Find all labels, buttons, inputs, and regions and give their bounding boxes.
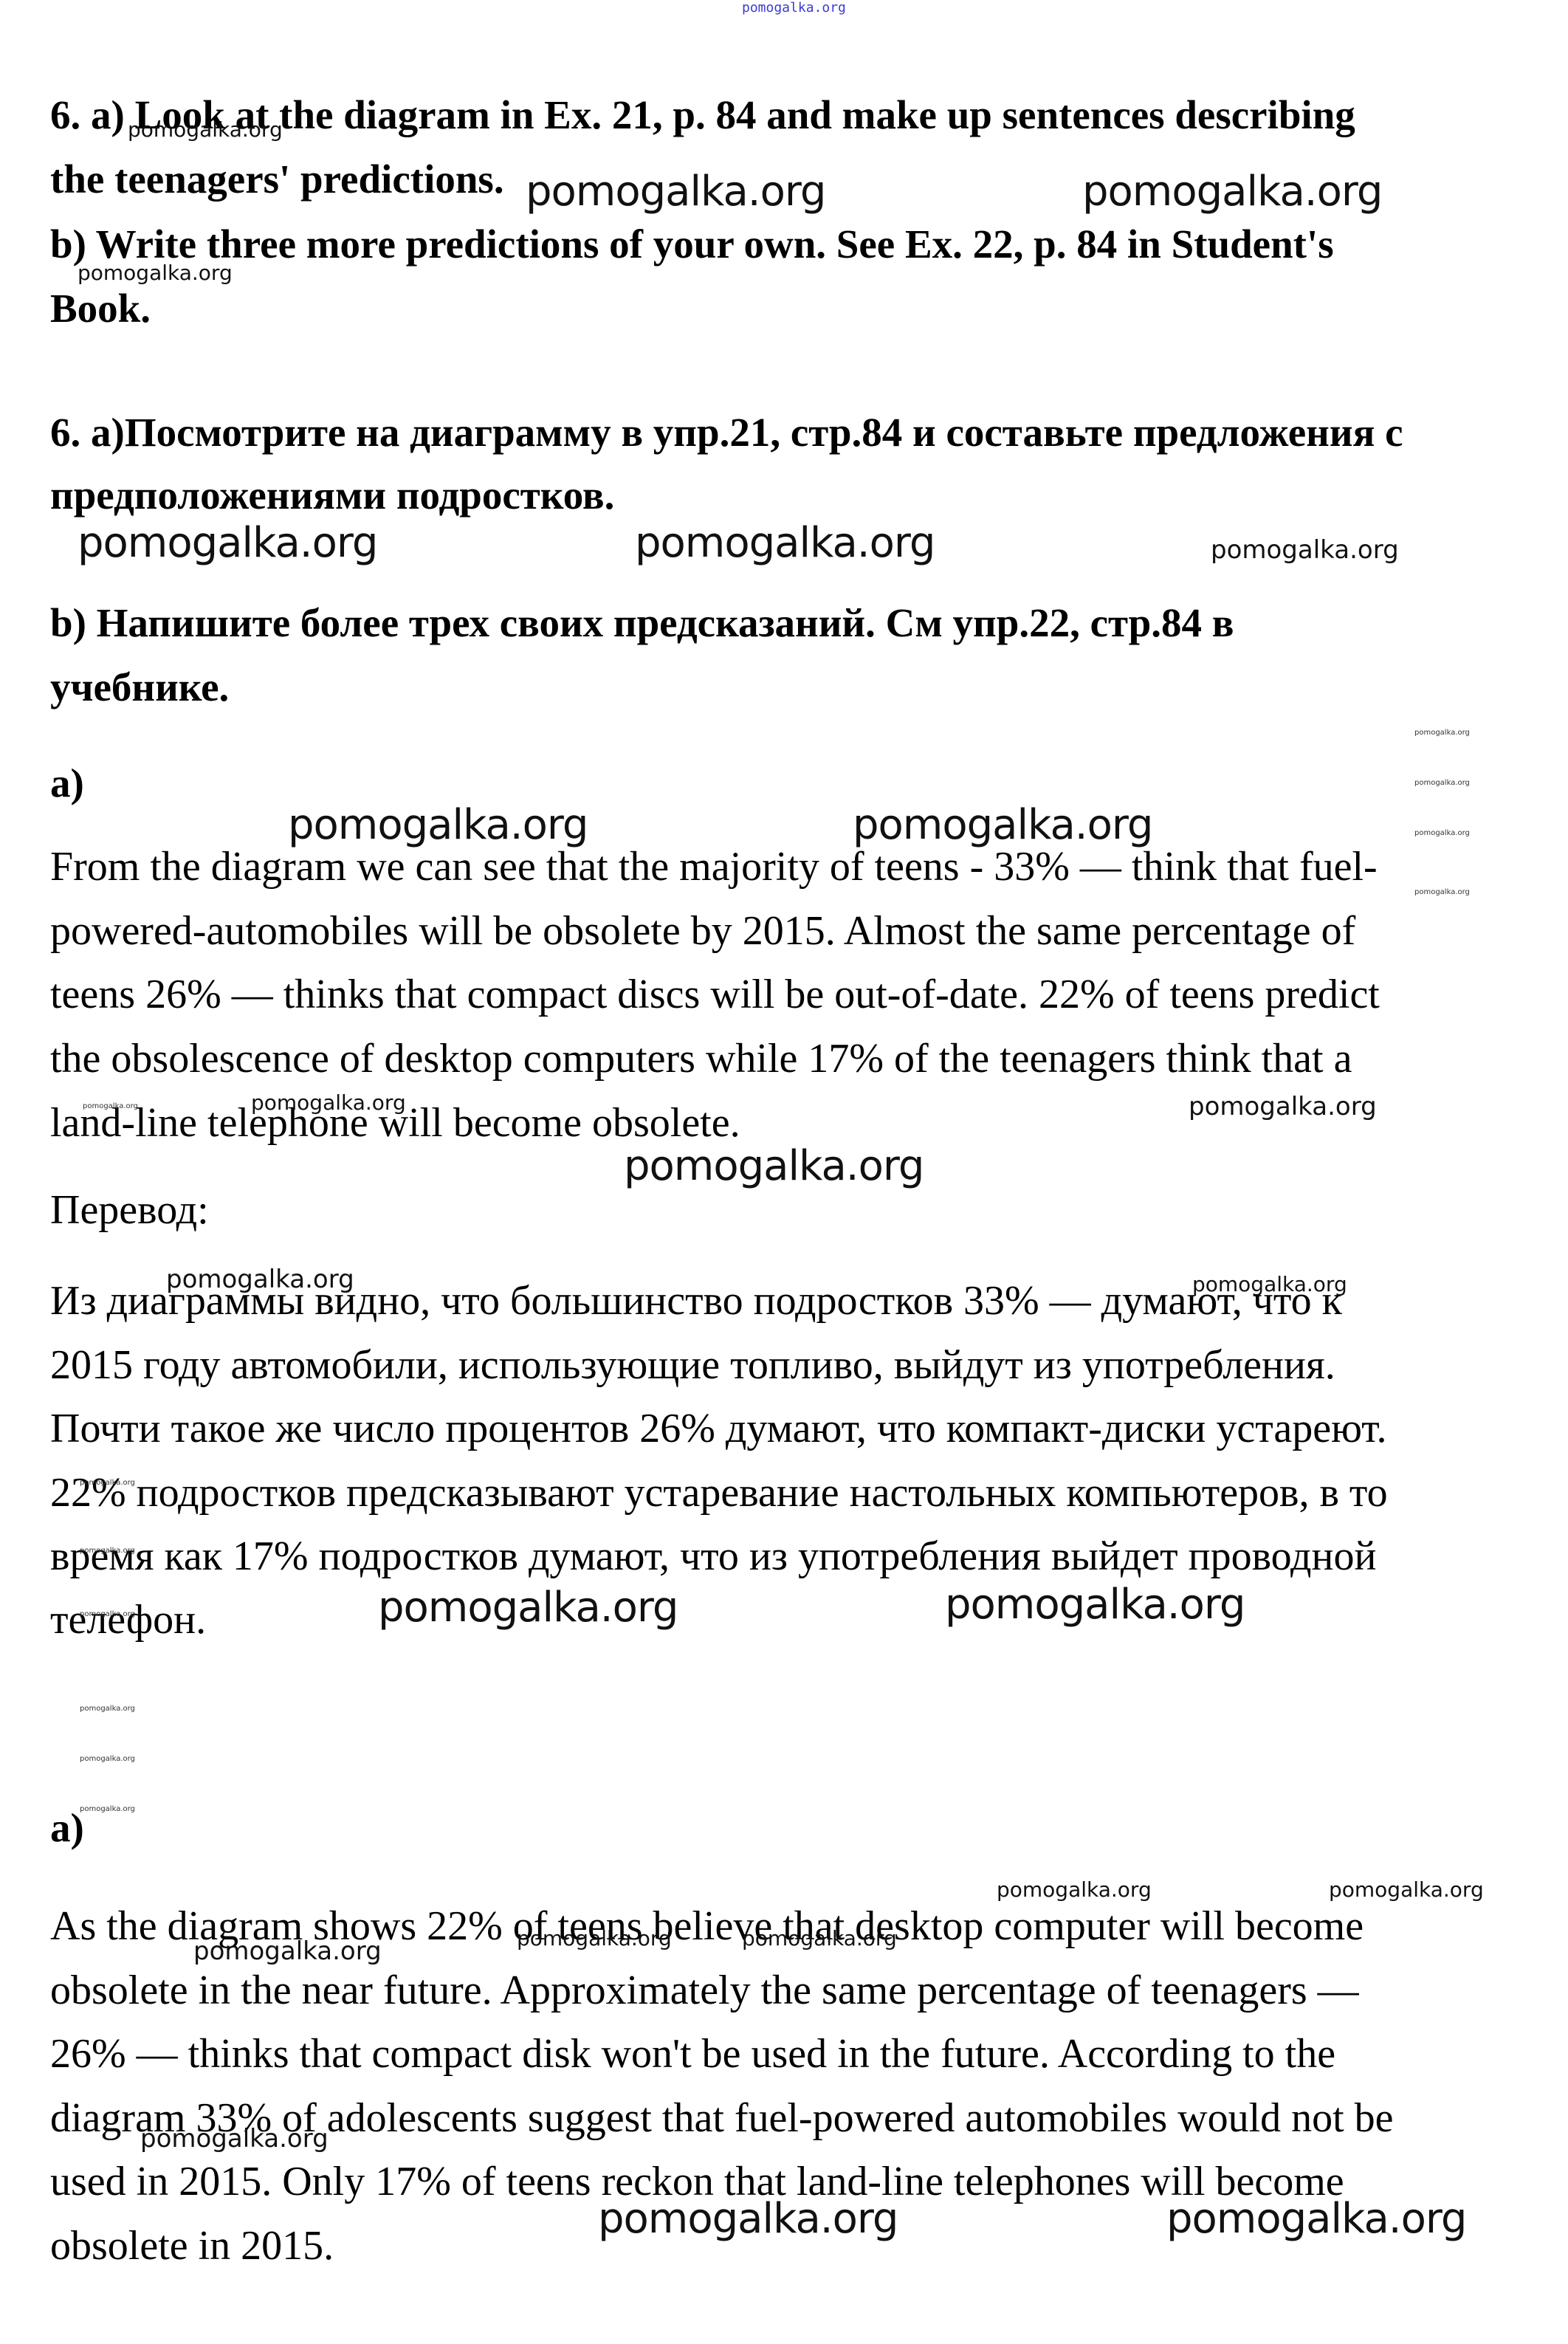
paragraph-line: powered-automobiles will be obsolete by … [50,910,1355,952]
paragraph-line: obsolete in the near future. Approximate… [50,1970,1359,2011]
watermark: pomogalka.org [1189,1094,1377,1119]
watermark: pomogalka.org [1414,729,1470,737]
watermark: pomogalka.org [635,523,935,564]
task-header-line: the teenagers' predictions. [50,159,504,199]
watermark: pomogalka.org [997,1880,1152,1900]
watermark: pomogalka.org [78,523,377,564]
watermark: pomogalka.org [80,1756,135,1763]
paragraph-line: 22% подростков предсказывают устаревание… [50,1472,1388,1513]
watermark: pomogalka.org [80,1479,135,1487]
task-header-line: 6. а)Посмотрите на диаграмму в упр.21, с… [50,412,1403,453]
paragraph-line: obsolete in 2015. [50,2225,334,2266]
paragraph-line: teens 26% — thinks that compact discs wi… [50,974,1380,1015]
watermark: pomogalka.org [598,2199,898,2240]
watermark: pomogalka.org [78,263,233,283]
answer-label: a) [50,1807,84,1848]
watermark: pomogalka.org [80,1806,135,1813]
watermark: pomogalka.org [526,171,825,213]
watermark: pomogalka.org [1082,171,1382,213]
watermark: pomogalka.org [80,1611,135,1618]
watermark: pomogalka.org [251,1093,406,1113]
paragraph-line: the obsolescence of desktop computers wh… [50,1038,1352,1079]
watermark: pomogalka.org [128,120,283,140]
paragraph-line: From the diagram we can see that the maj… [50,846,1378,887]
watermark: pomogalka.org [1414,780,1470,787]
watermark: pomogalka.org [83,1103,138,1110]
translation-label: Перевод: [50,1189,209,1231]
top-watermark[interactable]: pomogalka.org [742,1,846,15]
watermark: pomogalka.org [1211,537,1399,563]
watermark: pomogalka.org [945,1584,1245,1626]
watermark: pomogalka.org [742,1928,897,1949]
task-header-line: Book. [50,288,151,329]
watermark: pomogalka.org [624,1146,924,1187]
watermark: pomogalka.org [378,1587,678,1629]
task-header-line: предположениями подростков. [50,475,614,515]
paragraph-line: 2015 году автомобили, использующие топли… [50,1344,1335,1386]
paragraph-line: телефон. [50,1599,206,1640]
watermark: pomogalka.org [288,805,588,846]
watermark: pomogalka.org [1192,1274,1347,1295]
watermark: pomogalka.org [1414,830,1470,837]
watermark: pomogalka.org [80,1547,135,1555]
watermark: pomogalka.org [1414,889,1470,896]
watermark: pomogalka.org [1329,1880,1484,1900]
watermark: pomogalka.org [166,1267,354,1292]
paragraph-line: время как 17% подростков думают, что из … [50,1536,1376,1577]
watermark: pomogalka.org [80,1705,135,1713]
watermark: pomogalka.org [140,2126,329,2151]
watermark: pomogalka.org [193,1939,382,1964]
task-header-line: учебнике. [50,667,229,707]
watermark: pomogalka.org [1166,2199,1466,2240]
watermark: pomogalka.org [853,805,1152,846]
watermark: pomogalka.org [517,1928,672,1949]
answer-label: a) [50,763,84,803]
task-header-line: b) Напишите более трех своих предсказани… [50,602,1234,643]
task-header-line: b) Write three more predictions of your … [50,224,1334,264]
paragraph-line: Почти такое же число процентов 26% думаю… [50,1408,1386,1449]
paragraph-line: 26% — thinks that compact disk won't be … [50,2033,1335,2075]
